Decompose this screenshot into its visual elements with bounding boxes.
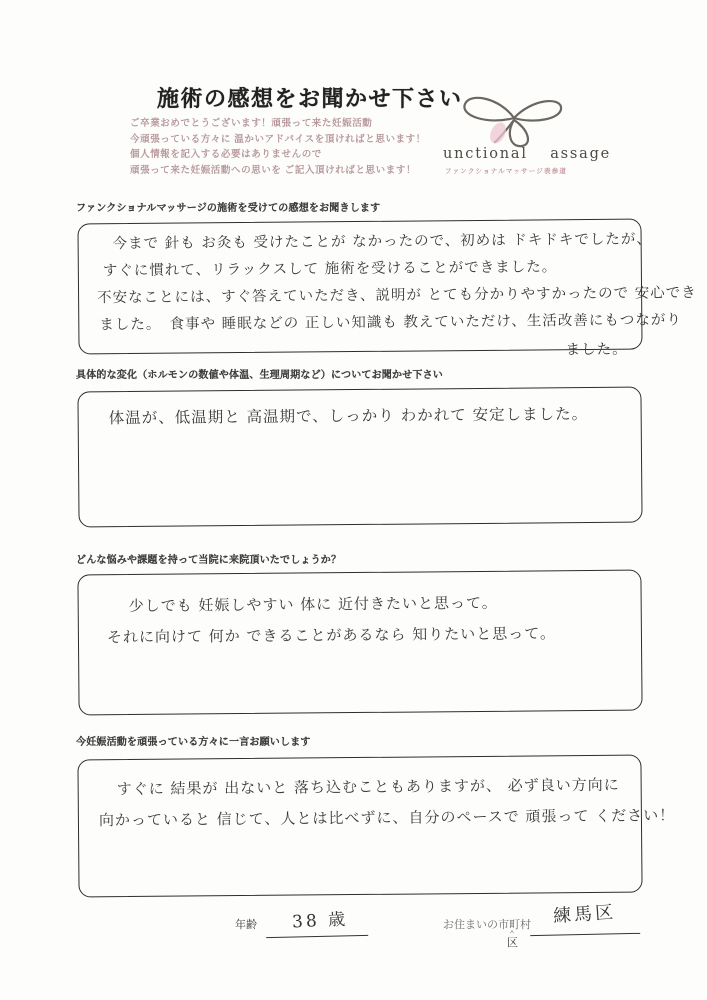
- handwriting-overflow: ました。: [565, 338, 627, 360]
- answer-box-1: 今まで 針も お灸も 受けたことが なかったので、初めは ドキドキでしたが、 す…: [77, 219, 642, 355]
- handwriting-line: それに向けて 何か できることがあるなら 知りたいと思って。: [91, 618, 631, 654]
- residence-label: お住まいの市町村: [443, 916, 531, 932]
- page-title: 施術の感想をお聞かせ下さい: [157, 82, 463, 113]
- intro-line: 頑張って来た妊娠活動への思いを ご記入頂ければと思います！: [130, 163, 426, 179]
- question-label-4: 今妊娠活動を頑張っている方々に一言お願いします: [76, 733, 311, 748]
- intro-line: 個人情報を記入する必要はありませんので: [130, 147, 426, 163]
- insertion-char: 区: [507, 934, 518, 950]
- intro-text: ご卒業おめでとうございます！頑張って来た妊娠活動 今頑張っている方々に 温かいア…: [130, 116, 426, 178]
- question-label-2: 具体的な変化（ホルモンの数値や体温、生理周期など）についてお聞かせ下さい: [76, 366, 443, 381]
- question-label-3: どんな悩みや課題を持って当院に来院頂いたでしょうか？: [76, 551, 341, 566]
- handwriting-line: 向かっていると 信じて、人とは比べずに、自分のペースで 頑張って ください！: [91, 801, 631, 837]
- intro-line: 今頑張っている方々に 温かいアドバイスを頂ければと思います！: [130, 132, 426, 148]
- pink-accent: [487, 120, 509, 146]
- handwriting-line: 少しでも 妊娠しやすい 体に 近付きたいと思って。: [91, 587, 631, 623]
- logo-subtitle: ファンクショナルマッサージ表参道: [445, 166, 567, 175]
- handwriting-line: すぐに 結果が 出ないと 落ち込むこともありますが、 必ず良い方向に: [91, 770, 631, 806]
- scanned-feedback-form: 施術の感想をお聞かせ下さい ご卒業おめでとうございます！頑張って来た妊娠活動 今…: [0, 0, 707, 1000]
- residence-underline: [530, 913, 640, 936]
- handwriting-line: ました。 食事や 睡眠などの 正しい知識も 教えていただけ、生活改善にもつながり: [91, 308, 631, 340]
- handwriting-line: 体温が、低温期と 高温期で、しっかり わかれて 安定しました。: [91, 402, 631, 429]
- answer-box-3: 少しでも 妊娠しやすい 体に 近付きたいと思って。 それに向けて 何か できるこ…: [77, 570, 642, 716]
- answer-box-4: すぐに 結果が 出ないと 落ち込むこともありますが、 必ず良い方向に 向かってい…: [77, 755, 642, 898]
- answer-box-2: 体温が、低温期と 高温期で、しっかり わかれて 安定しました。: [77, 387, 642, 528]
- question-label-1: ファンクショナルマッサージの施術を受けての感想をお聞きします: [76, 199, 380, 214]
- age-label: 年齢: [235, 916, 257, 932]
- logo-wordmark: unctional assage: [443, 146, 611, 162]
- intro-line: ご卒業おめでとうございます！頑張って来た妊娠活動: [130, 116, 426, 132]
- age-underline: [266, 915, 368, 938]
